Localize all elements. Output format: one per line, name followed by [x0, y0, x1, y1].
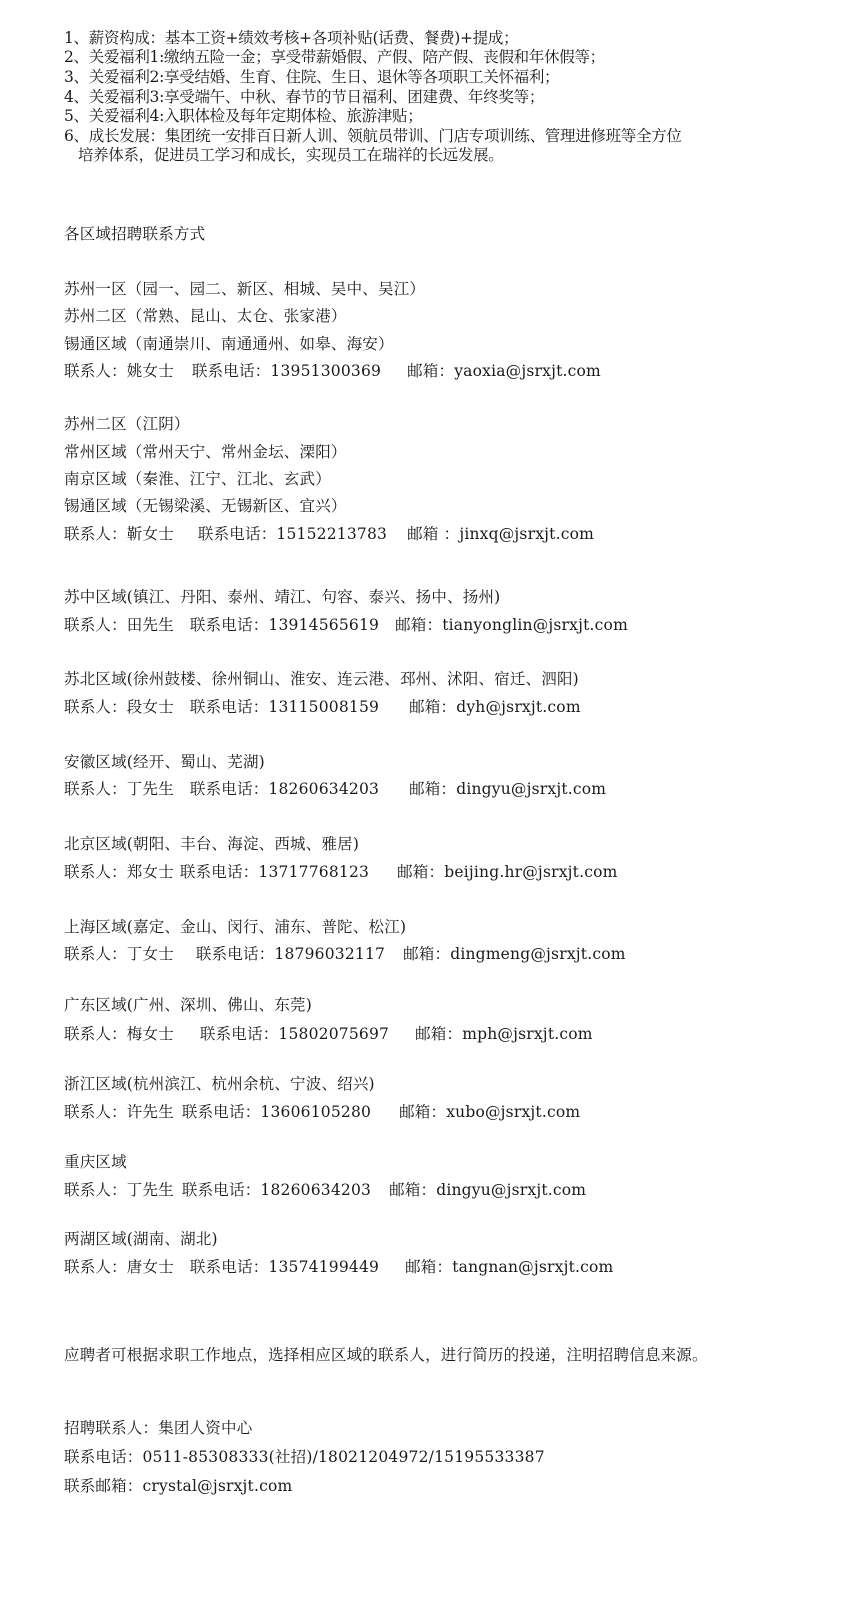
contact-line: 联系人：丁女士联系电话：18796032117邮箱：dingmeng@jsrxj… — [64, 944, 626, 964]
contact-person: 联系人：丁先生 — [64, 1181, 174, 1199]
contact-person: 联系人：田先生 — [64, 616, 174, 634]
contact-line: 联系人：靳女士联系电话：15152213783邮箱 ：jinxq@jsrxjt.… — [64, 524, 594, 544]
region-area: 浙江区域(杭州滨江、杭州余杭、宁波、绍兴) — [64, 1074, 375, 1094]
contact-person: 联系人：丁女士 — [64, 945, 174, 963]
contact-line: 联系人：唐女士联系电话：13574199449邮箱：tangnan@jsrxjt… — [64, 1257, 613, 1277]
benefit-item: 2、关爱福利1:缴纳五险一金；享受带薪婚假、产假、陪产假、丧假和年休假等； — [64, 48, 605, 67]
contact-email[interactable]: 邮箱：yaoxia@jsrxjt.com — [407, 362, 601, 380]
benefit-item: 6、成长发展：集团统一安排百日新人训、领航员带训、门店专项训练、管理进修班等全方… — [64, 127, 682, 146]
benefit-item: 3、关爱福利2:享受结婚、生育、住院、生日、退休等各项职工关怀福利； — [64, 68, 559, 87]
contact-phone: 联系电话：13914565619 — [190, 616, 379, 634]
region-area: 安徽区域(经开、蜀山、芜湖) — [64, 752, 265, 772]
region-area: 上海区域(嘉定、金山、闵行、浦东、普陀、松江) — [64, 917, 406, 937]
contact-person: 联系人：姚女士 — [64, 362, 174, 380]
region-area: 苏州二区（江阴） — [64, 414, 190, 434]
region-area: 锡通区域（无锡梁溪、无锡新区、宜兴） — [64, 496, 347, 516]
contact-phone: 联系电话：13951300369 — [192, 362, 381, 380]
benefit-item: 4、关爱福利3:享受端午、中秋、春节的节日福利、团建费、年终奖等； — [64, 88, 544, 107]
contact-email[interactable]: 邮箱：dingmeng@jsrxjt.com — [403, 945, 626, 963]
contacts-heading: 各区域招聘联系方式 — [64, 224, 205, 244]
contact-person: 联系人：梅女士 — [64, 1025, 174, 1043]
contact-person: 联系人：郑女士 — [64, 863, 174, 881]
benefit-item: 培养体系，促进员工学习和成长，实现员工在瑞祥的长远发展。 — [64, 146, 503, 165]
contact-phone: 联系电话：18260634203 — [182, 1181, 371, 1199]
contact-person: 联系人：许先生 — [64, 1103, 174, 1121]
contact-phone: 联系电话：13574199449 — [190, 1258, 379, 1276]
benefit-item: 5、关爱福利4:入职体检及每年定期体检、旅游津贴； — [64, 107, 422, 126]
hq-person: 招聘联系人：集团人资中心 — [64, 1418, 252, 1438]
contact-person: 联系人：唐女士 — [64, 1258, 174, 1276]
benefit-item: 1、薪资构成：基本工资+绩效考核+各项补贴(话费、餐费)+提成； — [64, 29, 518, 48]
contact-person: 联系人：段女士 — [64, 698, 174, 716]
contact-email[interactable]: 邮箱：dingyu@jsrxjt.com — [409, 780, 606, 798]
hq-email[interactable]: 联系邮箱：crystal@jsrxjt.com — [64, 1476, 292, 1496]
region-area: 苏州二区（常熟、昆山、太仓、张家港） — [64, 306, 347, 326]
hq-phone: 联系电话：0511-85308333(社招)/18021204972/15195… — [64, 1447, 545, 1467]
contact-email[interactable]: 邮箱：xubo@jsrxjt.com — [399, 1103, 580, 1121]
contact-line: 联系人：姚女士联系电话：13951300369邮箱：yaoxia@jsrxjt.… — [64, 361, 601, 381]
contact-phone: 联系电话：18260634203 — [190, 780, 379, 798]
contact-phone: 联系电话：15802075697 — [200, 1025, 389, 1043]
contact-person: 联系人：丁先生 — [64, 780, 174, 798]
region-area: 北京区域(朝阳、丰台、海淀、西城、雅居) — [64, 834, 359, 854]
region-area: 锡通区域（南通崇川、南通通州、如皋、海安） — [64, 334, 394, 354]
region-area: 南京区域（秦淮、江宁、江北、玄武） — [64, 469, 331, 489]
contact-line: 联系人：段女士联系电话：13115008159邮箱：dyh@jsrxjt.com — [64, 697, 581, 717]
region-area: 两湖区域(湖南、湖北) — [64, 1229, 218, 1249]
contact-line: 联系人：梅女士联系电话：15802075697邮箱：mph@jsrxjt.com — [64, 1024, 593, 1044]
region-area: 苏中区域(镇江、丹阳、泰州、靖江、句容、泰兴、扬中、扬州) — [64, 587, 500, 607]
region-area: 广东区域(广州、深圳、佛山、东莞) — [64, 995, 312, 1015]
region-area: 常州区域（常州天宁、常州金坛、溧阳） — [64, 442, 347, 462]
contact-email[interactable]: 邮箱：tangnan@jsrxjt.com — [405, 1258, 613, 1276]
contact-phone: 联系电话：13717768123 — [180, 863, 369, 881]
contact-email[interactable]: 邮箱：tianyonglin@jsrxjt.com — [395, 616, 628, 634]
contact-phone: 联系电话：13606105280 — [182, 1103, 371, 1121]
contact-phone: 联系电话：13115008159 — [190, 698, 379, 716]
contact-email[interactable]: 邮箱 ：jinxq@jsrxjt.com — [407, 525, 594, 543]
contact-phone: 联系电话：18796032117 — [196, 945, 385, 963]
contact-person: 联系人：靳女士 — [64, 525, 174, 543]
contact-email[interactable]: 邮箱：dingyu@jsrxjt.com — [389, 1181, 586, 1199]
application-instruction: 应聘者可根据求职工作地点，选择相应区域的联系人，进行简历的投递，注明招聘信息来源… — [64, 1345, 708, 1365]
contact-email[interactable]: 邮箱：beijing.hr@jsrxjt.com — [397, 863, 617, 881]
contact-line: 联系人：郑女士联系电话：13717768123邮箱：beijing.hr@jsr… — [64, 862, 618, 882]
contact-line: 联系人：丁先生联系电话：18260634203邮箱：dingyu@jsrxjt.… — [64, 779, 606, 799]
region-area: 苏北区域(徐州鼓楼、徐州铜山、淮安、连云港、邳州、沭阳、宿迁、泗阳) — [64, 669, 579, 689]
contact-line: 联系人：丁先生联系电话：18260634203邮箱：dingyu@jsrxjt.… — [64, 1180, 586, 1200]
contact-email[interactable]: 邮箱：mph@jsrxjt.com — [415, 1025, 593, 1043]
contact-line: 联系人：田先生联系电话：13914565619邮箱：tianyonglin@js… — [64, 615, 628, 635]
contact-phone: 联系电话：15152213783 — [198, 525, 387, 543]
region-area: 重庆区域 — [64, 1152, 127, 1172]
contact-line: 联系人：许先生联系电话：13606105280邮箱：xubo@jsrxjt.co… — [64, 1102, 580, 1122]
region-area: 苏州一区（园一、园二、新区、相城、吴中、吴江） — [64, 279, 425, 299]
contact-email[interactable]: 邮箱：dyh@jsrxjt.com — [409, 698, 581, 716]
